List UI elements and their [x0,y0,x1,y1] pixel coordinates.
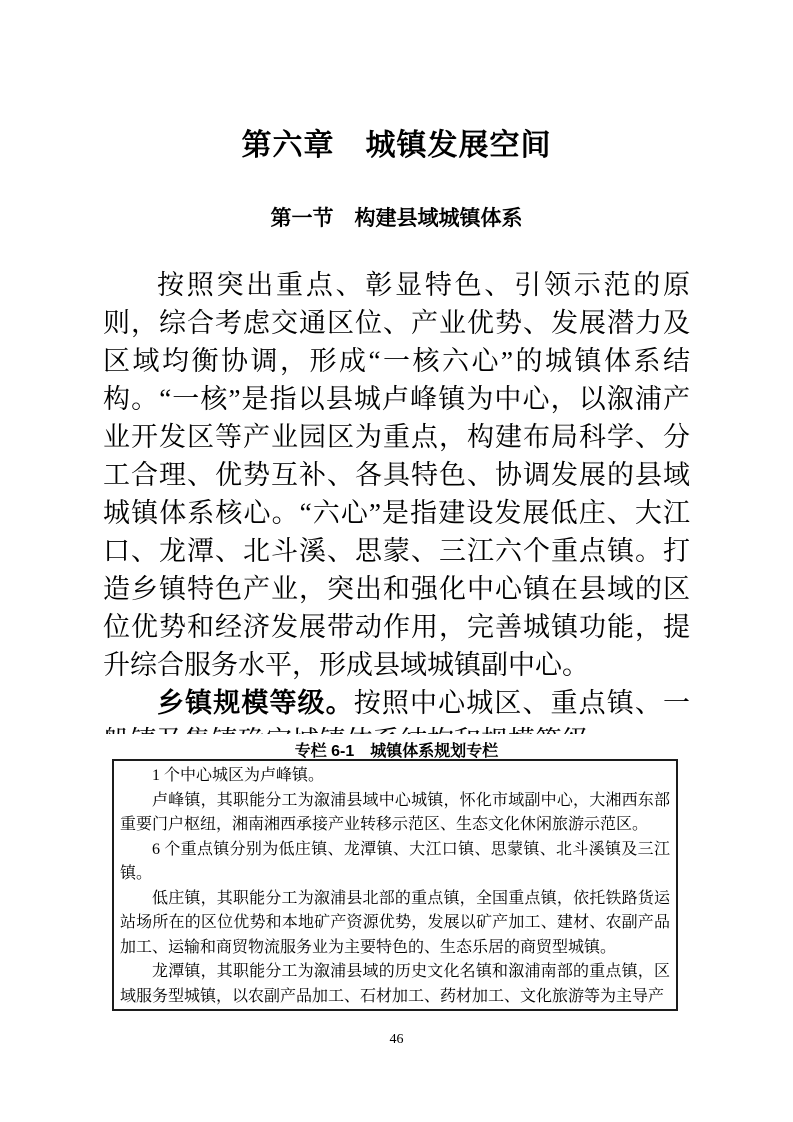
paragraph-town-scale: 乡镇规模等级。按照中心城区、重点镇、一般镇及集镇确定城镇体系结构和规模等级。 [103,684,690,734]
chapter-title: 第六章 城镇发展空间 [0,120,793,164]
box-paragraph: 卢峰镇，其职能分工为溆浦县域中心城镇，怀化市域副中心，大湘西东部重要门户枢纽，湘… [120,789,670,838]
document-page: 第六章 城镇发展空间 第一节 构建县域城镇体系 按照突出重点、彰显特色、引领示范… [0,0,793,1122]
paragraph-town-scale-lead: 乡镇规模等级。 [157,688,354,718]
info-box: 1 个中心城区为卢峰镇。 卢峰镇，其职能分工为溆浦县域中心城镇，怀化市域副中心，… [112,759,678,1011]
box-paragraph: 龙潭镇，其职能分工为溆浦县域的历史文化名镇和溆浦南部的重点镇，区域服务型城镇，以… [120,960,670,1009]
page-number: 46 [0,1032,793,1048]
box-paragraph: 6 个重点镇分别为低庄镇、龙潭镇、大江口镇、思蒙镇、北斗溪镇及三江镇。 [120,838,670,887]
section-title: 第一节 构建县域城镇体系 [0,202,793,232]
box-caption: 专栏 6-1 城镇体系规划专栏 [0,738,793,761]
body-text: 按照突出重点、彰显特色、引领示范的原则，综合考虑交通区位、产业优势、发展潜力及区… [103,266,690,734]
box-paragraph: 低庄镇，其职能分工为溆浦县北部的重点镇，全国重点镇，依托铁路货运站场所在的区位优… [120,887,670,961]
box-paragraph: 1 个中心城区为卢峰镇。 [120,764,670,789]
paragraph-urban-system: 按照突出重点、彰显特色、引领示范的原则，综合考虑交通区位、产业优势、发展潜力及区… [103,266,690,684]
